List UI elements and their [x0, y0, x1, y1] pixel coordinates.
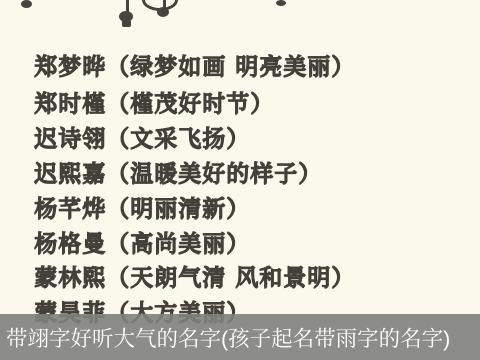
name-list-item: 郑时槿（槿茂好时节）	[34, 85, 274, 118]
name-list-item: 迟熙嘉（温暖美好的样子）	[34, 155, 322, 188]
caption-bar: 带翊字好听大气的名字(孩子起名带雨字的名字)	[0, 314, 480, 360]
sparkle-dot-icon	[21, 0, 32, 8]
sparkle-dot-icon	[276, 0, 286, 6]
article-image: 郑梦晔（绿梦如画 明亮美丽） 郑时槿（槿茂好时节） 迟诗翎（文采飞扬） 迟熙嘉（…	[0, 0, 480, 360]
hanging-ball-icon	[157, 7, 169, 17]
hanging-cube-icon	[122, 20, 131, 27]
name-list-item: 杨格曼（高尚美丽）	[34, 225, 250, 258]
name-list-item: 蒙林熙（天朗气清 风和景明）	[34, 259, 355, 292]
name-list-item: 迟诗翎（文采飞扬）	[34, 120, 250, 153]
name-list-item: 杨芊烨（明丽清新）	[34, 190, 250, 223]
name-list-item: 郑梦晔（绿梦如画 明亮美丽）	[34, 48, 355, 81]
caption-text: 带翊字好听大气的名字(孩子起名带雨字的名字)	[6, 322, 450, 353]
